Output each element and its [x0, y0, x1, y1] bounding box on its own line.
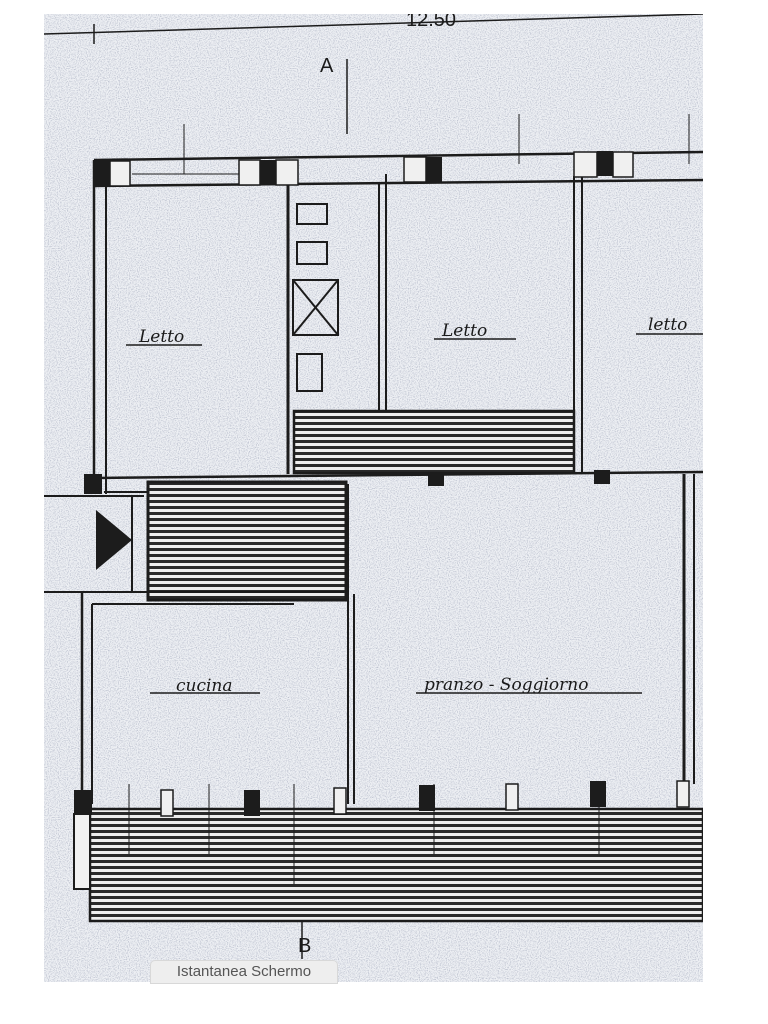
room-label-bedroom-2: Letto	[441, 321, 487, 341]
room-label-bedroom-3: letto	[648, 315, 687, 335]
screenshot-tooltip: Istantanea Schermo	[150, 960, 338, 984]
section-marker-a: A	[320, 55, 334, 77]
room-label-bedroom-1: Letto	[138, 327, 184, 347]
section-marker-b: B	[298, 935, 311, 957]
dimension-label: 12.50	[406, 14, 456, 31]
room-label-living-dining: pranzo - Soggiorno	[424, 675, 588, 695]
floor-plan-sheet: 12.50 A B Letto Letto letto cucina pranz…	[44, 14, 703, 982]
